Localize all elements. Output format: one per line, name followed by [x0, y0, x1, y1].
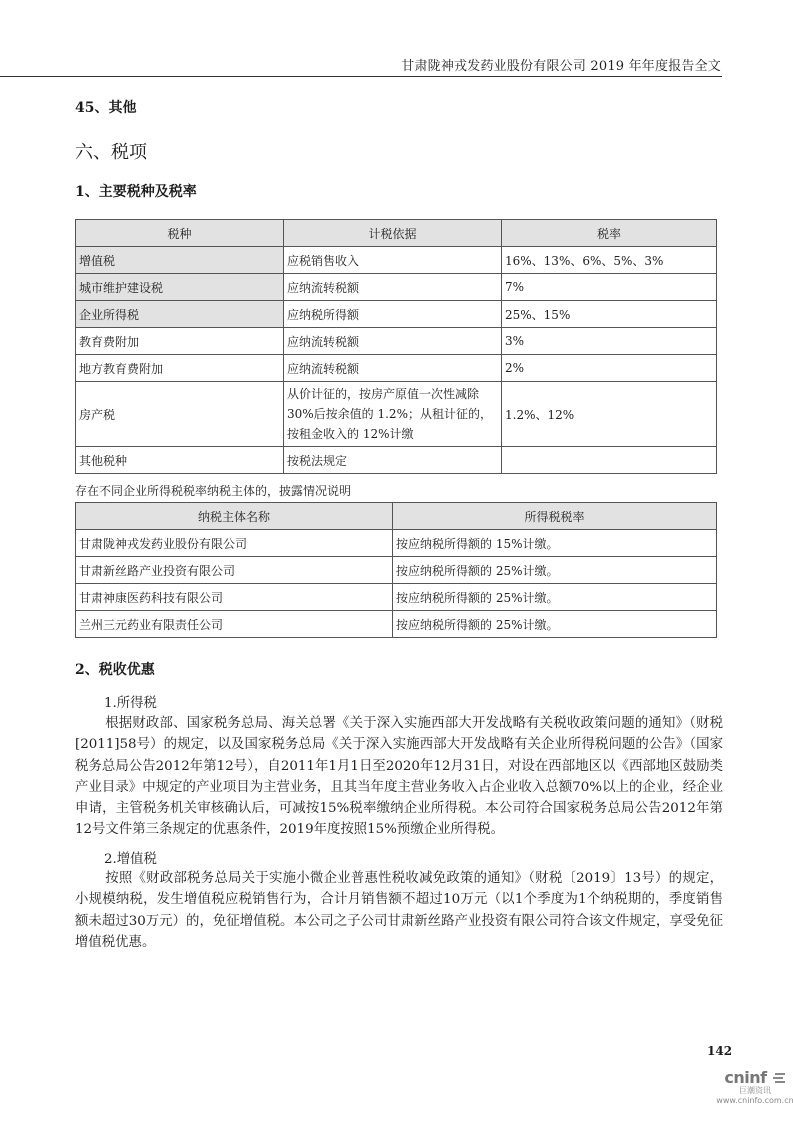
- tax-rate-cell: 1.2%、12%: [502, 382, 717, 447]
- table-row: 房产税 从价计征的，按房产原值一次性减除30%后按余值的 1.2%；从租计征的，…: [76, 382, 717, 447]
- table-row: 教育费附加 应纳流转税额 3%: [76, 328, 717, 355]
- table-row: 城市维护建设税 应纳流转税额 7%: [76, 274, 717, 301]
- table-header-row: 纳税主体名称 所得税税率: [76, 503, 717, 530]
- entity-name-cell: 甘肃陇神戎发药业股份有限公司: [76, 530, 393, 557]
- vat-paragraph: 按照《财政部税务总局关于实施小微企业普惠性税收减免政策的通知》（财税〔2019〕…: [75, 868, 723, 953]
- tax-basis-cell: 应纳流转税额: [284, 328, 502, 355]
- entity-name-cell: 甘肃神康医药科技有限公司: [76, 584, 393, 611]
- tax-rate-cell: [502, 447, 717, 474]
- tax-type-cell: 地方教育费附加: [76, 355, 284, 382]
- tax-type-cell: 企业所得税: [76, 301, 284, 328]
- tax-basis-cell: 应纳税所得额: [284, 301, 502, 328]
- vat-subheading: 2.增值税: [104, 848, 157, 867]
- column-header: 计税依据: [284, 220, 502, 247]
- tax-basis-cell: 应纳流转税额: [284, 355, 502, 382]
- table-row: 兰州三元药业有限责任公司 按应纳税所得额的 25%计缴。: [76, 611, 717, 638]
- column-header: 税种: [76, 220, 284, 247]
- logo-mark-icon: [772, 1072, 786, 1084]
- entity-disclosure-note: 存在不同企业所得税税率纳税主体的，披露情况说明: [75, 482, 351, 499]
- tax-basis-cell: 从价计征的，按房产原值一次性减除30%后按余值的 1.2%；从租计征的，按租金收…: [284, 382, 502, 447]
- cninfo-logo: cninf 巨潮资讯 www.cninfo.com.cn: [716, 1068, 793, 1105]
- income-tax-subheading: 1.所得税: [104, 692, 157, 711]
- table-row: 地方教育费附加 应纳流转税额 2%: [76, 355, 717, 382]
- tax-rate-table: 税种 计税依据 税率 增值税 应税销售收入 16%、13%、6%、5%、3% 城…: [75, 219, 717, 474]
- page-number: 142: [707, 1044, 732, 1058]
- tax-type-cell: 教育费附加: [76, 328, 284, 355]
- entity-name-cell: 兰州三元药业有限责任公司: [76, 611, 393, 638]
- table-row: 企业所得税 应纳税所得额 25%、15%: [76, 301, 717, 328]
- column-header: 税率: [502, 220, 717, 247]
- section-45-heading: 45、其他: [75, 97, 136, 117]
- tax-basis-cell: 应纳流转税额: [284, 274, 502, 301]
- table-row: 甘肃陇神戎发药业股份有限公司 按应纳税所得额的 15%计缴。: [76, 530, 717, 557]
- tax-rate-cell: 25%、15%: [502, 301, 717, 328]
- entity-rate-cell: 按应纳税所得额的 25%计缴。: [393, 611, 717, 638]
- table-row: 增值税 应税销售收入 16%、13%、6%、5%、3%: [76, 247, 717, 274]
- tax-rate-cell: 7%: [502, 274, 717, 301]
- header-divider: [0, 76, 722, 77]
- column-header: 所得税税率: [393, 503, 717, 530]
- entity-name-cell: 甘肃新丝路产业投资有限公司: [76, 557, 393, 584]
- tax-type-cell: 房产税: [76, 382, 284, 447]
- table-row: 甘肃新丝路产业投资有限公司 按应纳税所得额的 25%计缴。: [76, 557, 717, 584]
- tax-basis-cell: 应税销售收入: [284, 247, 502, 274]
- tax-basis-cell: 按税法规定: [284, 447, 502, 474]
- tax-rate-cell: 3%: [502, 328, 717, 355]
- income-tax-paragraph: 根据财政部、国家税务总局、海关总署《关于深入实施西部大开发战略有关税收政策问题的…: [75, 713, 723, 841]
- report-title: 甘肃陇神戎发药业股份有限公司 2019 年年度报告全文: [401, 55, 721, 74]
- table-row: 甘肃神康医药科技有限公司 按应纳税所得额的 25%计缴。: [76, 584, 717, 611]
- section-6-2-heading: 2、税收优惠: [75, 659, 155, 679]
- vat-text: 按照《财政部税务总局关于实施小微企业普惠性税收减免政策的通知》（财税〔2019〕…: [75, 871, 723, 950]
- table-row: 其他税种 按税法规定: [76, 447, 717, 474]
- entity-rate-cell: 按应纳税所得额的 25%计缴。: [393, 584, 717, 611]
- table-header-row: 税种 计税依据 税率: [76, 220, 717, 247]
- tax-rate-cell: 16%、13%、6%、5%、3%: [502, 247, 717, 274]
- tax-type-cell: 城市维护建设税: [76, 274, 284, 301]
- entity-tax-table: 纳税主体名称 所得税税率 甘肃陇神戎发药业股份有限公司 按应纳税所得额的 15%…: [75, 502, 717, 638]
- column-header: 纳税主体名称: [76, 503, 393, 530]
- section-6-heading: 六、税项: [75, 138, 147, 164]
- logo-url-text: www.cninfo.com.cn: [716, 1096, 793, 1105]
- tax-rate-cell: 2%: [502, 355, 717, 382]
- tax-type-cell: 其他税种: [76, 447, 284, 474]
- entity-rate-cell: 按应纳税所得额的 15%计缴。: [393, 530, 717, 557]
- tax-type-cell: 增值税: [76, 247, 284, 274]
- entity-rate-cell: 按应纳税所得额的 25%计缴。: [393, 557, 717, 584]
- section-6-1-heading: 1、主要税种及税率: [75, 181, 197, 201]
- income-tax-text: 根据财政部、国家税务总局、海关总署《关于深入实施西部大开发战略有关税收政策问题的…: [75, 716, 723, 837]
